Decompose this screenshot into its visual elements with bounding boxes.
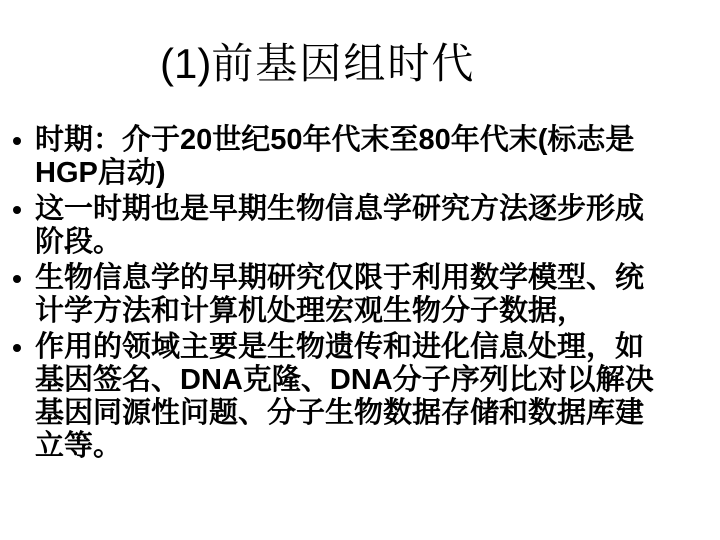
bullet-text: 这一时期也是早期生物信息学研究方法逐步形成阶段。 [35, 193, 644, 259]
slide-canvas: (1)前基因组时代 时期：介于20世纪50年代末至80年代末(标志是HGP启动)… [0, 0, 720, 540]
text-segment: 作用的领域主要是生物遗传和进化信息处理，如 [35, 331, 644, 363]
text-segment: 生物信息学的早期研究仅限于利用 [35, 262, 470, 294]
title-text: 前基因组时代 [211, 42, 475, 88]
bullet-line: 基因同源性问题、分子生物数据存储和数据库建 [35, 397, 654, 430]
bullet-line: 计学方法和计算机处理宏观生物分子数据， [35, 295, 644, 328]
text-segment: 基因同源性问题、分子生物 [35, 397, 383, 429]
bullet-line: 这一时期也是早期生物信息学研究方法逐步形成 [35, 193, 644, 226]
bullet-text: 生物信息学的早期研究仅限于利用数学模型、统计学方法和计算机处理宏观生物分子数据， [35, 262, 644, 328]
text-segment: 克隆、 [243, 364, 330, 396]
text-segment: 数据， [499, 295, 586, 327]
bullet-item: 时期：介于20世纪50年代末至80年代末(标志是HGP启动) [13, 124, 706, 190]
bullet-item: 生物信息学的早期研究仅限于利用数学模型、统计学方法和计算机处理宏观生物分子数据， [13, 262, 706, 328]
bullet-item: 这一时期也是早期生物信息学研究方法逐步形成阶段。 [13, 193, 706, 259]
text-segment: 时期：介于20世纪50年代末至80年代末(标志是 [35, 124, 634, 156]
text-segment: 分子序列比对以解决 [393, 364, 654, 396]
text-segment: 数学模型、统 [470, 262, 644, 294]
bullet-dot-icon [13, 137, 21, 145]
bullet-text: 时期：介于20世纪50年代末至80年代末(标志是HGP启动) [35, 124, 634, 190]
bullet-line: HGP启动) [35, 157, 634, 190]
bullet-line: 生物信息学的早期研究仅限于利用数学模型、统 [35, 262, 644, 295]
bullet-text: 作用的领域主要是生物遗传和进化信息处理，如基因签名、DNA克隆、DNA分子序列比… [35, 331, 654, 463]
title-number: (1) [160, 40, 211, 87]
bullet-line: 基因签名、DNA克隆、DNA分子序列比对以解决 [35, 364, 654, 397]
bullet-item: 作用的领域主要是生物遗传和进化信息处理，如基因签名、DNA克隆、DNA分子序列比… [13, 331, 706, 463]
text-segment: 计学方法和计算机处理宏观生物分子 [35, 295, 499, 327]
bullet-line: 作用的领域主要是生物遗传和进化信息处理，如 [35, 331, 654, 364]
text-segment: 这一时期也是早期生物信息学研究方法逐步形成 [35, 193, 644, 225]
bullet-dot-icon [13, 344, 21, 352]
text-segment: 数据存储和数据库建 [383, 397, 644, 429]
text-segment: HGP启动) [35, 157, 166, 189]
text-segment: 立等。 [35, 430, 122, 462]
bullet-line: 时期：介于20世纪50年代末至80年代末(标志是 [35, 124, 634, 157]
text-segment: 基因签名、 [35, 364, 180, 396]
bullet-dot-icon [13, 206, 21, 214]
bullet-line: 立等。 [35, 430, 654, 463]
text-segment: DNA [330, 364, 393, 396]
text-segment: 阶段。 [35, 226, 122, 258]
bullet-line: 阶段。 [35, 226, 644, 259]
bullet-dot-icon [13, 275, 21, 283]
slide-title: (1)前基因组时代 [160, 38, 475, 91]
text-segment: DNA [180, 364, 243, 396]
bullet-list: 时期：介于20世纪50年代末至80年代末(标志是HGP启动)这一时期也是早期生物… [13, 124, 706, 466]
